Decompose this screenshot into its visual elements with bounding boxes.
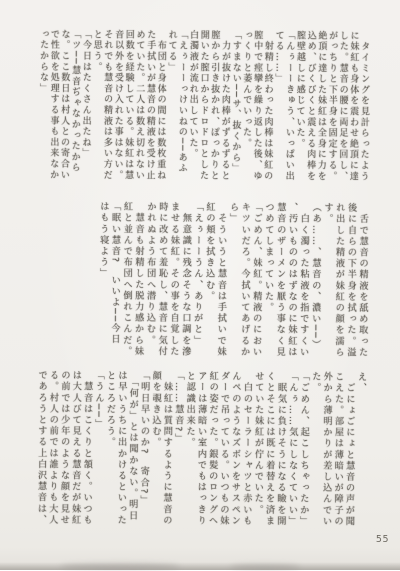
- text-column: で性欲を処理する事も出来なか: [47, 29, 59, 203]
- text-column: んぺのようなズボンをサスペン: [229, 371, 241, 543]
- text-column: それでも慧音の精液は多い方だ: [101, 29, 113, 203]
- text-column: がっちりと下半身を固定する。: [326, 31, 338, 205]
- text-column: 白のセーラーシャツと赤いも: [240, 371, 252, 543]
- text-band-1: タイミングを見計らったように妹紅も身体を震わせ絶頂に達した。慧音の腰に両足を回し…: [37, 29, 370, 205]
- text-column: 白濁液が流れ出していた。: [186, 30, 198, 204]
- text-band-2: 舌で慧音の精液を舐め取った後に自らの下半身を拭った。溢れ出した精液が妹紅の顔を濡…: [96, 201, 368, 372]
- text-column: 音以外を受け入れた事はない。: [112, 30, 124, 204]
- text-column: た手拭いが慧音の精液を受け止: [144, 30, 156, 204]
- text-column: ったからな」: [37, 29, 49, 203]
- text-column: 紅と並んで布団へ倒れこんだ。: [120, 202, 133, 372]
- text-column: 「ごめん、起こしちゃったか」: [297, 372, 309, 544]
- text-column: アーは薄暗い室内でもはっきり: [195, 371, 207, 543]
- text-column: 膣から引き抜かれ、ぽっかりと: [208, 30, 220, 204]
- text-column: 紅の頬を拭き込む。: [202, 202, 215, 372]
- text-column: 「ツ──慧音ぢゃなかったから: [69, 29, 81, 203]
- text-column: 「何が」とは聞かない。明日: [126, 371, 138, 543]
- text-column: は大人びて見える慧音だが妹紅: [69, 370, 81, 542]
- text-column: した。慧音の腰に両足を回し、: [336, 31, 348, 205]
- text-column: 「うん──」: [92, 370, 104, 542]
- text-column: れ出した精液が妹紅の顔を濡ら: [332, 203, 345, 373]
- text-column: こえた。部屋は薄暗いが障子の: [331, 372, 343, 544]
- text-column: る。村人の前では誰よりも大人: [46, 370, 58, 542]
- text-column: 「んぅーーきゅう、いっぱい出: [283, 30, 295, 204]
- text-column: 「ごめん、妹紅。精液のにおい: [250, 202, 263, 372]
- text-column: 白く濁った粘液を指ですくい: [297, 203, 310, 373]
- page-text-area: タイミングを見計らったように妹紅も身体を震わせ絶頂に達した。慧音の腰に両足を回し…: [0, 0, 400, 570]
- text-column: は早いうちに出かけるといった: [115, 371, 127, 543]
- text-column: 「えぅーーっけいねの──あふ: [176, 30, 188, 204]
- text-column: そういうと慧音は手拭いで妹: [214, 202, 227, 372]
- text-column: 込め、びくびくと震える肉棒を: [304, 31, 316, 205]
- text-column: キツいだろ。今拭いてあげるか: [238, 202, 251, 372]
- text-column: ごにょごにょと慧音の声が聞: [343, 372, 355, 544]
- text-band-3: え、 ごにょごにょと慧音の声が聞こえた。部屋は薄暗いが障子の外から薄明かりが差し…: [35, 370, 367, 544]
- text-column: 舌で慧音の精液を舐め取った: [356, 203, 369, 373]
- text-column: ら」: [226, 202, 239, 372]
- text-column: ところだろう。: [103, 370, 115, 542]
- text-column: ませる妹紅。その事を自覚した: [167, 202, 180, 372]
- text-column: 眠気に負けそうになる瞼を開: [274, 371, 286, 543]
- text-column: 慧音のザーメンを厭う事なく見: [273, 202, 286, 372]
- text-column: であろうとする上白沢慧音は、: [35, 370, 47, 542]
- text-column: な。ここ数日は村人との寄合い: [58, 29, 70, 203]
- text-column: 紅の姿だった。銀髪のロングヘ: [206, 371, 218, 543]
- text-column: 絶頂に達した妹紅は全身に力を: [315, 31, 327, 205]
- text-column: 後に自らの下半身を拭った。溢: [344, 203, 357, 373]
- text-column: 無意識に残念そうな口調を滲: [179, 202, 192, 372]
- text-column: せていた妹紅が佇んでいた。: [252, 371, 264, 543]
- text-column: 射精し終わった肉棒は妹紅の: [261, 30, 273, 204]
- text-column: 「えぅーーうん、ありがと」: [191, 202, 204, 372]
- text-column: はもう寝よう」: [96, 201, 109, 371]
- text-column: 「すまない──サ、抜くから」: [229, 30, 241, 204]
- text-column: 「明日早いのか? 寄合?」: [138, 371, 150, 543]
- text-column: の前では少年のような顔を見せ: [58, 370, 70, 542]
- text-column: に妹紅も身体を震わせ絶頂に達: [347, 31, 359, 205]
- text-column: 時に改めて羞恥し、慧音に気付: [155, 202, 168, 372]
- text-column: めていた。二人は数え切れない: [133, 30, 145, 204]
- scanned-page: タイミングを見計らったように妹紅も身体を震わせ絶頂に達した。慧音の腰に両足を回し…: [0, 0, 400, 570]
- text-column: れてる」: [165, 30, 177, 204]
- text-column: （あ……、慧音の、濃い──）: [309, 203, 322, 373]
- text-column: 、汚いもののはずなのに妹紅は: [285, 202, 298, 372]
- text-column: かれぬよう布団へ潜り込む。: [143, 202, 156, 372]
- text-column: 慧音も射精した脱力感から妹: [132, 202, 145, 372]
- text-column: 妹紅は質問するように慧音の: [160, 371, 172, 543]
- text-column: す。: [320, 203, 333, 373]
- text-column: 回数を経験している。妹紅は慧: [122, 30, 134, 204]
- text-column: え、: [354, 372, 366, 544]
- scan-edge-shadow: [0, 562, 400, 570]
- text-column: 「今日はたくさん出たね」: [79, 29, 91, 203]
- text-column: と認識出来た。: [183, 371, 195, 543]
- text-column: タイミングを見計らったよう: [358, 31, 370, 205]
- text-column: 慧音はこくりと頷く。いつも: [80, 370, 92, 542]
- text-column: た。: [309, 372, 321, 544]
- text-column: 膣壁越しに感じていた。: [294, 30, 306, 204]
- text-column: ダーで吊っている。いつもの妹: [217, 371, 229, 543]
- page-number: 55: [376, 534, 389, 545]
- text-column: 開いた膣口からドロドロとした: [197, 30, 209, 204]
- text-column: 外から薄明かりが差し込んでい: [320, 372, 332, 544]
- text-column: 「んぅ……気にしなくていい」: [286, 371, 298, 543]
- text-column: つめてしまっていた。: [261, 202, 274, 372]
- text-column: 顔を覗き込む。: [149, 371, 161, 543]
- text-column: くとそこには既に着替えを済ま: [263, 371, 275, 543]
- text-column: 「眠い慧音? いいよ──今日: [108, 202, 121, 372]
- text-column: 布団と身体の間には数枚重ね: [154, 30, 166, 204]
- text-column: 膣中で痙攣を繰り返した後、ゆ: [251, 30, 263, 204]
- text-column: 「……慧音?」: [172, 371, 184, 543]
- text-column: 力が抜けた肉棒がずるずると: [219, 30, 231, 204]
